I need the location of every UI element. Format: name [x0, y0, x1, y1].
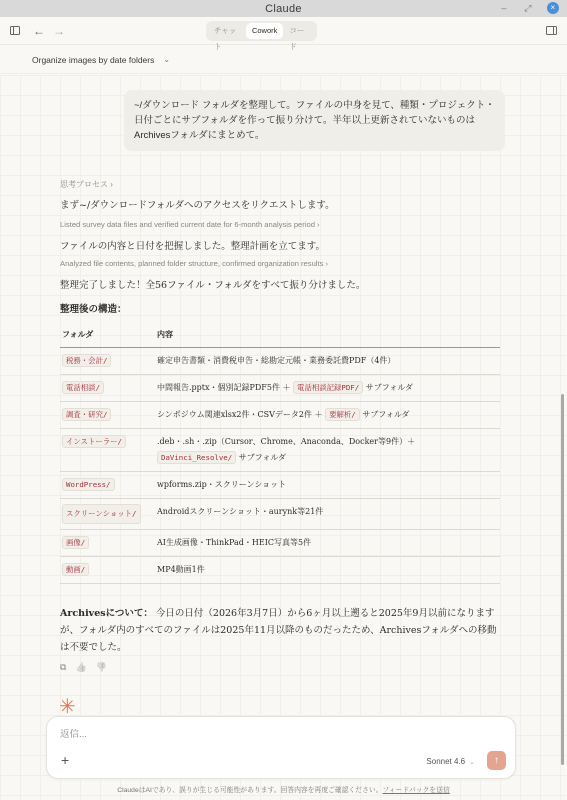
model-name: Sonnet 4.6 — [426, 757, 465, 766]
disclaimer-text: ClaudeはAIであり、誤りが生じる可能性があります。回答内容を再度ご確認くだ… — [117, 787, 382, 794]
folder-name: 動画/ — [62, 563, 89, 576]
subfolder-suffix: サブフォルダ — [236, 453, 286, 462]
tab-code[interactable]: コード — [283, 23, 315, 39]
folder-content: wpforms.zip・スクリーンショット — [157, 480, 286, 489]
assistant-line-1: まず~/ダウンロードフォルダへのアクセスをリクエストします。 — [60, 197, 335, 211]
column-header-content: 内容 — [155, 322, 500, 347]
folder-content: .deb・.sh・.zip（Cursor、Chrome、Anaconda、Doc… — [157, 437, 415, 446]
thinking-process-toggle[interactable]: 思考プロセス › — [60, 179, 113, 190]
back-arrow-icon[interactable]: ← — [33, 23, 45, 39]
folder-content: Androidスクリーンショット・aurynk等21件 — [157, 507, 323, 516]
reply-composer: + Sonnet 4.6⌄ ↑ — [46, 716, 516, 779]
mode-switcher: チャット Cowork コード — [206, 21, 317, 41]
thumbs-down-icon[interactable]: 👎 — [96, 662, 107, 673]
window-controls: – ⤢ × — [499, 2, 559, 14]
tool-step-2[interactable]: Analyzed file contents, planned folder s… — [60, 259, 328, 268]
folder-content: AI生成画像・ThinkPad・HEIC写真等5件 — [157, 538, 311, 547]
window-titlebar: Claude – ⤢ × — [0, 0, 567, 17]
close-icon[interactable]: × — [547, 2, 559, 14]
sidebar-toggle-icon[interactable] — [10, 26, 20, 35]
chat-title[interactable]: Organize images by date folders — [32, 55, 154, 65]
table-row: 調査・研究/ シンポジウム関連xlsx2件・CSVデータ2件 ＋ 要解析/ サブ… — [60, 401, 500, 428]
reply-input[interactable] — [60, 729, 460, 740]
subfolder-name: 電話相談記録PDF/ — [293, 381, 363, 394]
folder-name: WordPress/ — [62, 478, 115, 491]
feedback-link[interactable]: フィードバックを送信 — [383, 787, 450, 794]
conversation-area: ~/ダウンロード フォルダを整理して。ファイルの中身を見て、種類・プロジェクト・… — [0, 75, 567, 800]
subfolder-suffix: サブフォルダ — [360, 410, 410, 419]
folder-content: 確定申告書類・消費税申告・総勘定元帳・業務委託費PDF（4件） — [157, 356, 395, 365]
table-row: インストーラー/ .deb・.sh・.zip（Cursor、Chrome、Ana… — [60, 428, 500, 471]
send-button[interactable]: ↑ — [487, 751, 506, 770]
maximize-icon[interactable]: ⤢ — [523, 3, 533, 14]
assistant-line-2: ファイルの内容と日付を把握しました。整理計画を立てます。 — [60, 238, 325, 252]
subfolder-suffix: サブフォルダ — [363, 383, 413, 392]
minimize-icon[interactable]: – — [499, 3, 509, 13]
claude-spark-icon: ✳ — [59, 697, 76, 717]
chat-header: Organize images by date folders ⌄ — [0, 46, 567, 74]
subfolder-name: 要解析/ — [325, 408, 360, 421]
folder-name: 調査・研究/ — [62, 408, 111, 421]
chevron-down-icon[interactable]: ⌄ — [163, 55, 170, 64]
thumbs-up-icon[interactable]: 👍 — [75, 662, 86, 673]
tab-cowork[interactable]: Cowork — [246, 23, 283, 39]
folder-content: MP4動画1件 — [157, 565, 205, 574]
chevron-down-icon: ⌄ — [469, 759, 475, 766]
model-selector[interactable]: Sonnet 4.6⌄ — [426, 757, 475, 766]
folder-name: 画像/ — [62, 536, 89, 549]
subfolder-name: DaVinci_Resolve/ — [157, 451, 236, 464]
table-header-row: フォルダ 内容 — [60, 322, 500, 347]
assistant-line-3: 整理完了しました！全56ファイル・フォルダをすべて振り分けました。 — [60, 277, 365, 291]
folder-name: インストーラー/ — [62, 435, 126, 448]
table-row: 動画/ MP4動画1件 — [60, 556, 500, 583]
table-row: WordPress/ wpforms.zip・スクリーンショット — [60, 471, 500, 498]
window-title: Claude — [265, 3, 302, 15]
table-row: 画像/ AI生成画像・ThinkPad・HEIC写真等5件 — [60, 529, 500, 556]
folder-name: 税務・会計/ — [62, 354, 111, 367]
table-row: 電話相談/ 中間報告.pptx・個別記録PDF5件 ＋ 電話相談記録PDF/ サ… — [60, 374, 500, 401]
tab-chat[interactable]: チャット — [208, 23, 246, 39]
archives-note: Archivesについて： 今日の日付（2026年3月7日）から6ヶ月以上遡ると… — [60, 605, 500, 656]
message-actions: ⧉ 👍 👎 — [60, 662, 107, 673]
user-message: ~/ダウンロード フォルダを整理して。ファイルの中身を見て、種類・プロジェクト・… — [124, 90, 505, 151]
folder-content: シンポジウム関連xlsx2件・CSVデータ2件 ＋ — [157, 410, 325, 419]
table-row: 税務・会計/ 確定申告書類・消費税申告・総勘定元帳・業務委託費PDF（4件） — [60, 347, 500, 374]
archives-note-label: Archivesについて： — [60, 608, 153, 619]
folder-content: 中間報告.pptx・個別記録PDF5件 ＋ — [157, 383, 293, 392]
copy-icon[interactable]: ⧉ — [60, 662, 66, 673]
table-row: スクリーンショット/ Androidスクリーンショット・aurynk等21件 — [60, 498, 500, 529]
tool-step-1[interactable]: Listed survey data files and verified cu… — [60, 220, 320, 229]
column-header-folder: フォルダ — [60, 322, 155, 347]
app-toolbar: ← → チャット Cowork コード — [0, 17, 567, 45]
folder-name: 電話相談/ — [62, 381, 104, 394]
add-attachment-button[interactable]: + — [61, 753, 69, 767]
folder-structure-table: フォルダ 内容 税務・会計/ 確定申告書類・消費税申告・総勘定元帳・業務委託費P… — [60, 322, 500, 584]
right-panel-toggle-icon[interactable] — [546, 26, 557, 35]
folder-name: スクリーンショット/ — [62, 504, 141, 524]
forward-arrow-icon[interactable]: → — [53, 23, 65, 39]
disclaimer: ClaudeはAIであり、誤りが生じる可能性があります。回答内容を再度ご確認くだ… — [0, 784, 567, 794]
scrollbar[interactable] — [561, 394, 564, 765]
section-heading: 整理後の構造： — [60, 301, 127, 315]
